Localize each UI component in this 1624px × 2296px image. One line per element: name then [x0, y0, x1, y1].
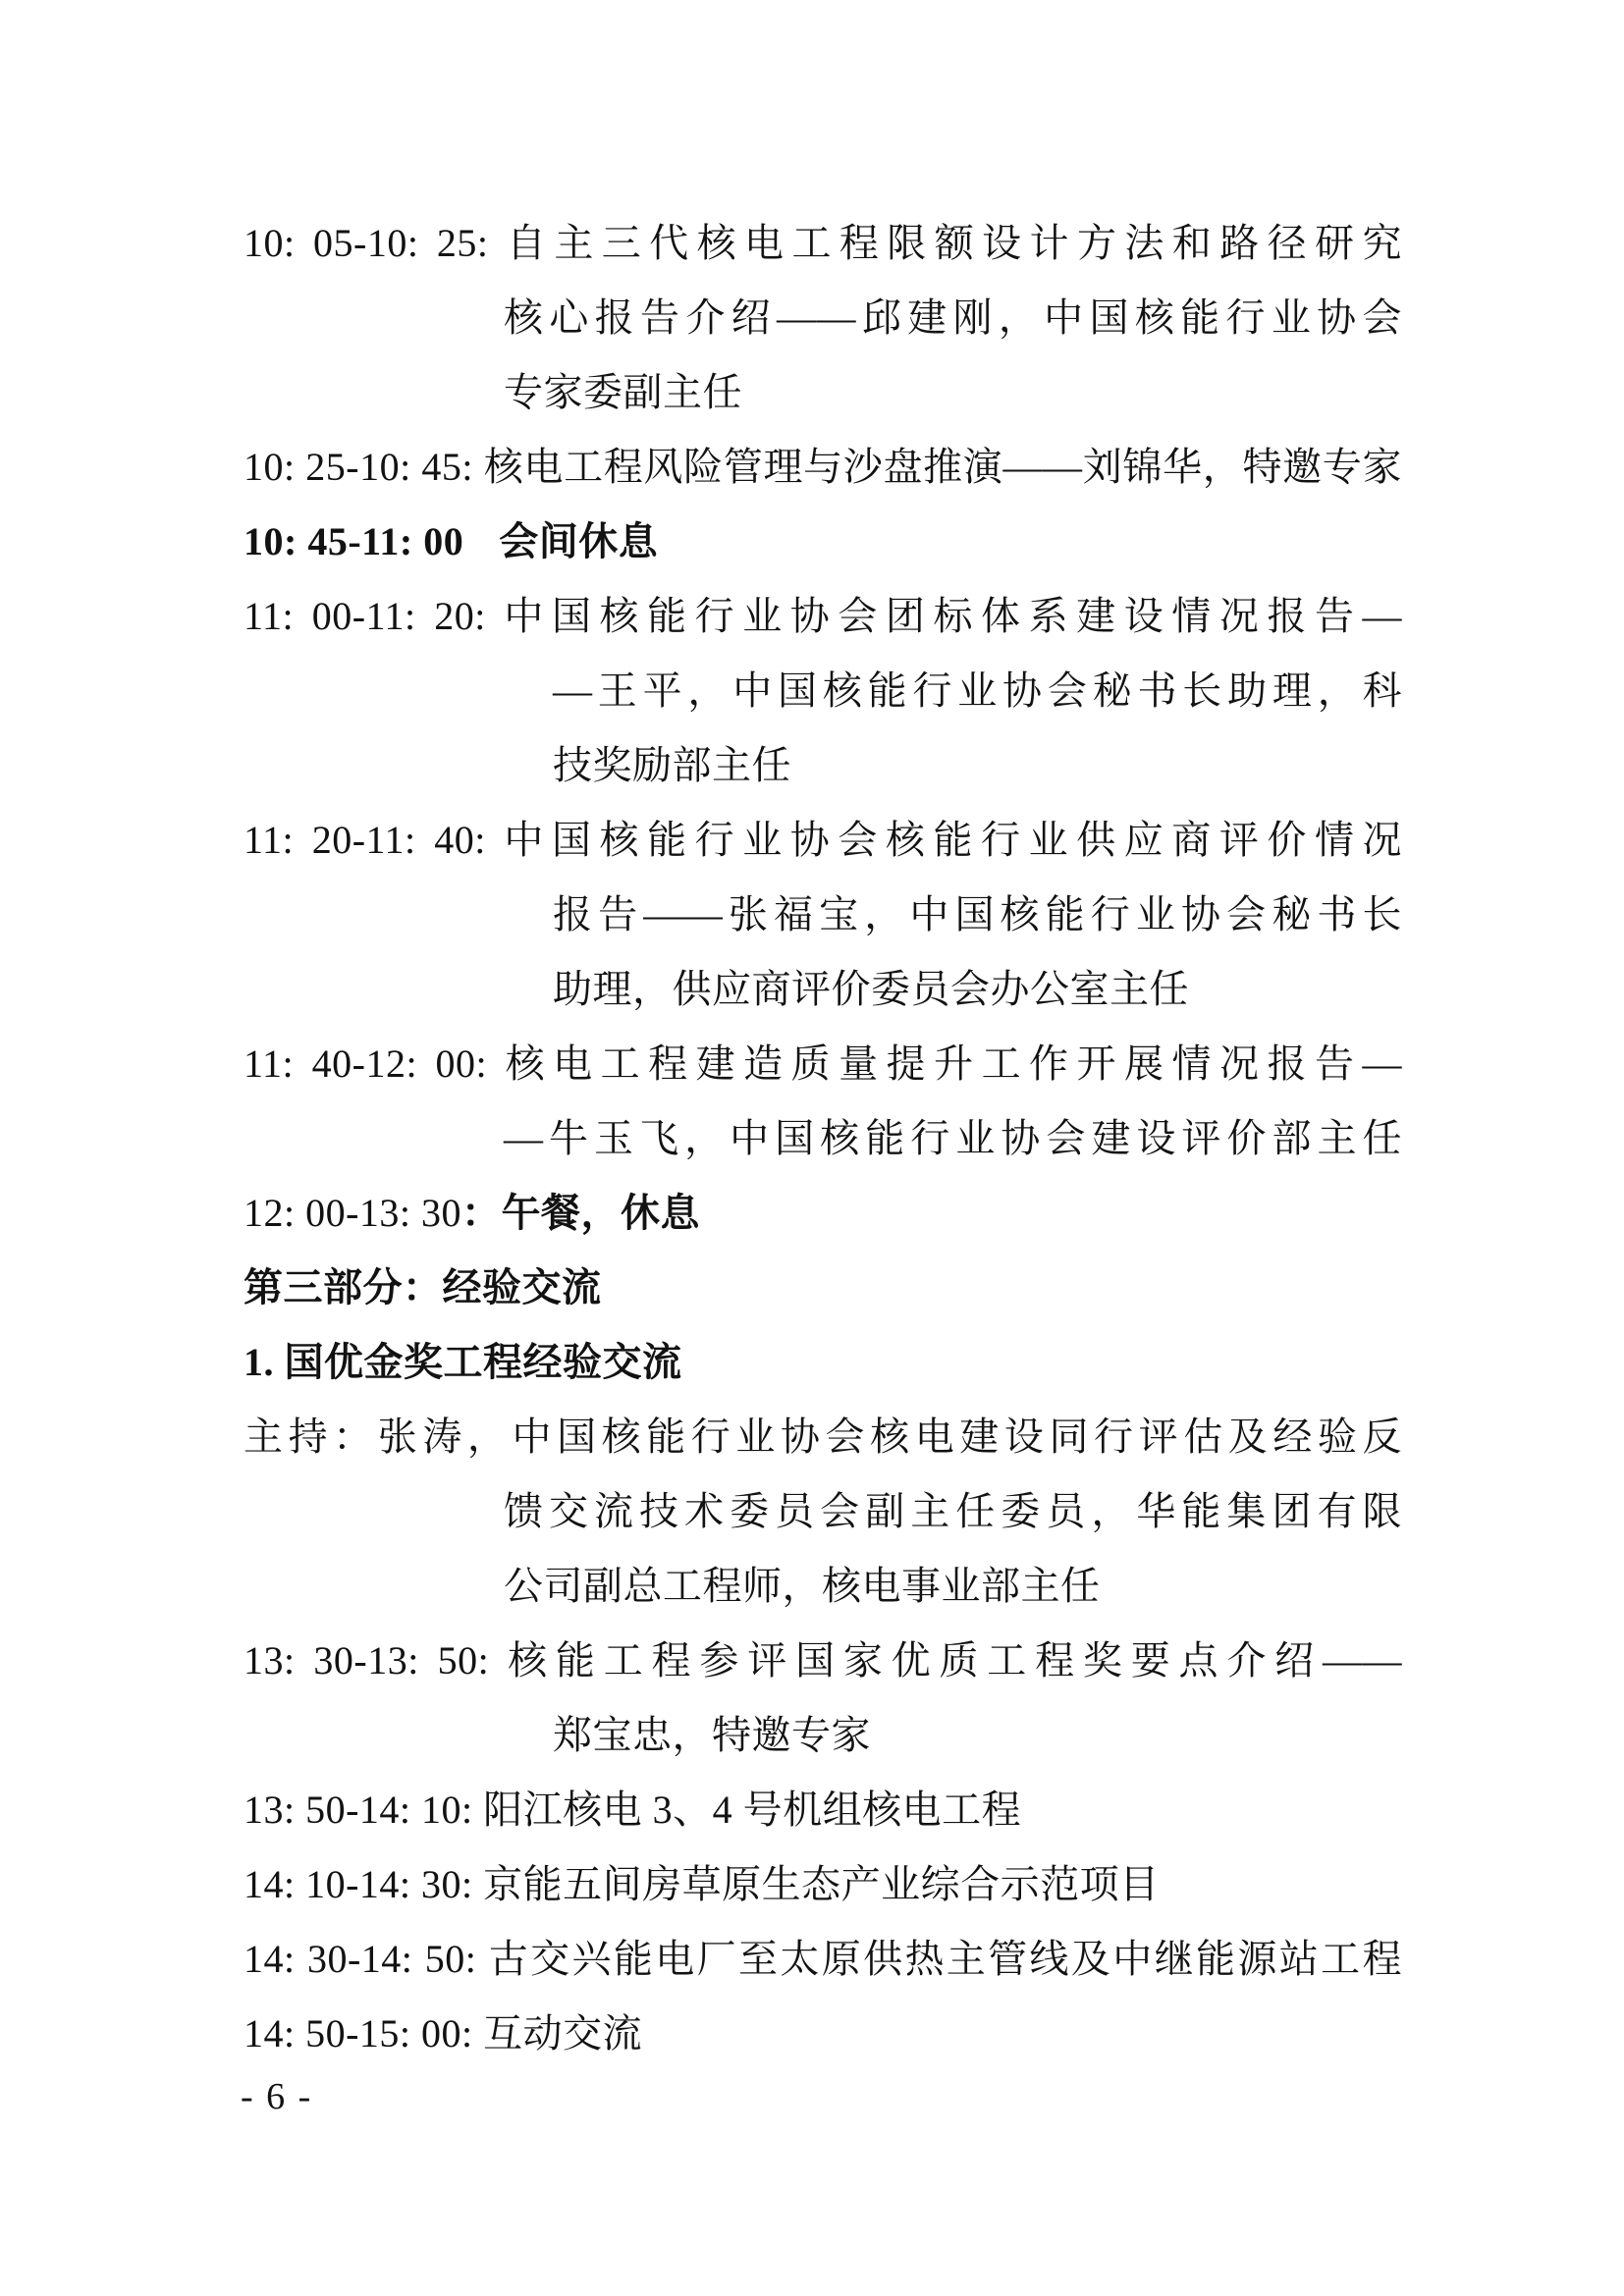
schedule-line: 14: 30-14: 50: 古交兴能电厂至太原供热主管线及中继能源站工程 [244, 1922, 1402, 1997]
time-label: 11: 40-12: 00: [244, 1041, 506, 1086]
line-text: 互动交流 [483, 2011, 642, 2056]
schedule-line: 14: 10-14: 30: 京能五间房草原生态产业综合示范项目 [244, 1847, 1402, 1922]
schedule-line-continuation: 报告——张福宝，中国核能行业协会秘书长 [244, 878, 1402, 952]
line-text: 核能工程参评国家优质工程奖要点介绍—— [508, 1638, 1402, 1682]
line-text: 馈交流技术委员会副主任委员，华能集团有限 [504, 1489, 1402, 1533]
schedule-line-continuation: 专家委副主任 [244, 355, 1402, 430]
break-line: 10: 45-11: 00会间休息 [244, 505, 1402, 579]
line-text: 会间休息 [499, 519, 658, 563]
line-text: 中国核能行业协会团标体系建设情况报告— [504, 594, 1402, 638]
page-number: - 6 - [241, 2067, 312, 2126]
line-text: 技奖励部主任 [553, 743, 791, 787]
line-text: 京能五间房草原生态产业综合示范项目 [483, 1862, 1160, 1906]
line-text: 核电工程建造质量提升工作开展情况报告— [506, 1041, 1402, 1086]
schedule-line-continuation: 核心报告介绍——邱建刚，中国核能行业协会 [244, 281, 1402, 355]
line-text: 郑宝忠，特邀专家 [553, 1713, 871, 1757]
schedule-line-continuation: 郑宝忠，特邀专家 [244, 1698, 1402, 1773]
line-text: 张涛，中国核能行业协会核电建设同行评估及经验反 [378, 1415, 1402, 1459]
schedule-line: 11: 00-11: 20: 中国核能行业协会团标体系建设情况报告— [244, 579, 1402, 654]
time-label: 11: 20-11: 40: [244, 818, 504, 862]
heading-text: 第三部分：经验交流 [244, 1265, 602, 1309]
line-text: —牛玉飞，中国核能行业协会建设评价部主任 [504, 1116, 1402, 1160]
section-heading-part3: 第三部分：经验交流 [244, 1251, 1402, 1325]
document-page: 10: 05-10: 25: 自主三代核电工程限额设计方法和路径研究 核心报告介… [0, 0, 1624, 2296]
lunch-line: 12: 00-13: 30：午餐，休息 [244, 1176, 1402, 1251]
schedule-line-continuation: 馈交流技术委员会副主任委员，华能集团有限 [244, 1474, 1402, 1549]
line-text: 公司副总工程师，核电事业部主任 [504, 1564, 1101, 1608]
time-label: 12: 00-13: 30 [244, 1191, 461, 1235]
time-label: 14: 50-15: 00: [244, 2011, 483, 2056]
schedule-line: 10: 05-10: 25: 自主三代核电工程限额设计方法和路径研究 [244, 206, 1402, 281]
line-text: 核心报告介绍——邱建刚，中国核能行业协会 [504, 295, 1402, 340]
moderator-line: 主持：张涛，中国核能行业协会核电建设同行评估及经验反 [244, 1400, 1402, 1474]
line-text: 助理，供应商评价委员会办公室主任 [553, 967, 1189, 1011]
line-text: 自主三代核电工程限额设计方法和路径研究 [507, 221, 1402, 265]
line-text: 阳江核电 3、4 号机组核电工程 [483, 1788, 1021, 1832]
line-text: 核电工程风险管理与沙盘推演——刘锦华，特邀专家 [484, 445, 1402, 489]
heading-text: 1. 国优金奖工程经验交流 [244, 1340, 682, 1384]
schedule-line: 11: 40-12: 00: 核电工程建造质量提升工作开展情况报告— [244, 1027, 1402, 1101]
schedule-line-continuation: 公司副总工程师，核电事业部主任 [244, 1549, 1402, 1624]
line-text: ：午餐，休息 [461, 1191, 700, 1235]
time-label: 14: 30-14: 50: [244, 1937, 489, 1981]
agenda-content: 10: 05-10: 25: 自主三代核电工程限额设计方法和路径研究 核心报告介… [244, 206, 1402, 2071]
time-label: 14: 10-14: 30: [244, 1862, 483, 1906]
line-text: 专家委副主任 [504, 370, 742, 414]
schedule-line-continuation: 助理，供应商评价委员会办公室主任 [244, 952, 1402, 1027]
schedule-line-continuation: —王平，中国核能行业协会秘书长助理，科 [244, 654, 1402, 728]
time-label: 10: 05-10: 25: [244, 221, 507, 265]
schedule-line-continuation: 技奖励部主任 [244, 728, 1402, 803]
time-label: 11: 00-11: 20: [244, 594, 504, 638]
schedule-line: 14: 50-15: 00: 互动交流 [244, 1997, 1402, 2071]
schedule-line: 10: 25-10: 45: 核电工程风险管理与沙盘推演——刘锦华，特邀专家 [244, 430, 1402, 505]
time-label: 13: 50-14: 10: [244, 1788, 483, 1832]
schedule-line-continuation: —牛玉飞，中国核能行业协会建设评价部主任 [244, 1101, 1402, 1176]
time-label: 13: 30-13: 50: [244, 1638, 508, 1682]
schedule-line: 13: 30-13: 50: 核能工程参评国家优质工程奖要点介绍—— [244, 1624, 1402, 1698]
subsection-heading-1: 1. 国优金奖工程经验交流 [244, 1325, 1402, 1400]
time-label: 10: 25-10: 45: [244, 445, 484, 489]
line-text: 古交兴能电厂至太原供热主管线及中继能源站工程 [489, 1937, 1402, 1981]
time-label: 10: 45-11: 00 [244, 519, 463, 563]
schedule-line: 13: 50-14: 10: 阳江核电 3、4 号机组核电工程 [244, 1773, 1402, 1847]
line-text: 报告——张福宝，中国核能行业协会秘书长 [553, 892, 1402, 936]
line-text: 中国核能行业协会核能行业供应商评价情况 [504, 818, 1402, 862]
schedule-line: 11: 20-11: 40: 中国核能行业协会核能行业供应商评价情况 [244, 803, 1402, 878]
moderator-label: 主持： [244, 1415, 378, 1459]
line-text: —王平，中国核能行业协会秘书长助理，科 [553, 668, 1402, 713]
